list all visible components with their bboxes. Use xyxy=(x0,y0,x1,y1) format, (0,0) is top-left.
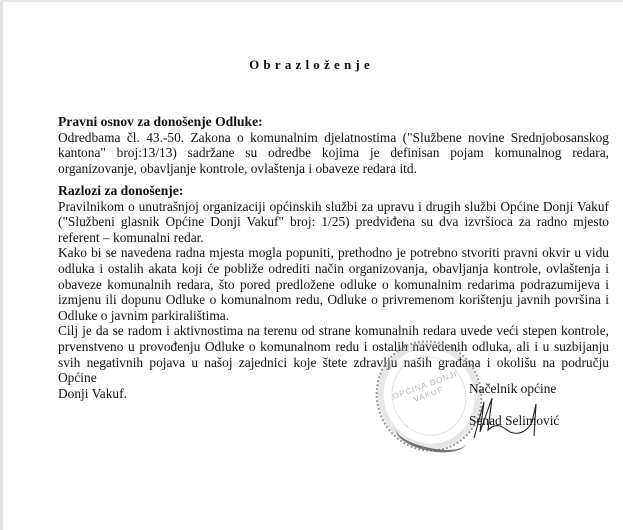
text-line: Kako bi se navedena radna mjesta mogla p… xyxy=(58,245,609,261)
text-line: organizovanje, obavljanje kontrole, ovla… xyxy=(58,161,609,177)
section-body: Pravilnikom o unutrašnjoj organizaciji o… xyxy=(58,199,609,402)
section-reasons: Razlozi za donošenje: Pravilnikom o unut… xyxy=(58,183,609,401)
text-line: prvenstveno u provođenju Odluke o komuna… xyxy=(58,339,609,355)
handwritten-signature xyxy=(470,392,550,442)
text-line: ("Službeni glasnik Općine Donji Vakuf" b… xyxy=(58,214,609,230)
section-legal-basis: Pravni osnov za donošenje Odluke: Odredb… xyxy=(58,114,609,176)
text-line: Odluke o javnim parkiralištima. xyxy=(58,308,609,324)
document-title: Obrazloženje xyxy=(0,57,623,73)
section-body: Odredbama čl. 43.-50. Zakona o komunalni… xyxy=(58,130,609,177)
text-line: izmjenu ili dopunu Odluke o komunalnom r… xyxy=(58,292,609,308)
text-line: Pravilnikom o unutrašnjoj organizaciji o… xyxy=(58,199,609,215)
text-line: referent – komunalni redar. xyxy=(58,230,609,246)
text-line: Odredbama čl. 43.-50. Zakona o komunalni… xyxy=(58,130,609,146)
text-line: odluka i ostalih akata koji će pobliže o… xyxy=(58,261,609,277)
text-line: Cilj je da se radom i aktivnostima na te… xyxy=(58,323,609,339)
section-heading: Pravni osnov za donošenje Odluke: xyxy=(58,114,609,130)
section-heading: Razlozi za donošenje: xyxy=(58,183,609,199)
text-line: kantona" broj:13/13) sadržane su odredbe… xyxy=(58,145,609,161)
text-line: obaveze komunalnih redara, što pored pre… xyxy=(58,277,609,293)
